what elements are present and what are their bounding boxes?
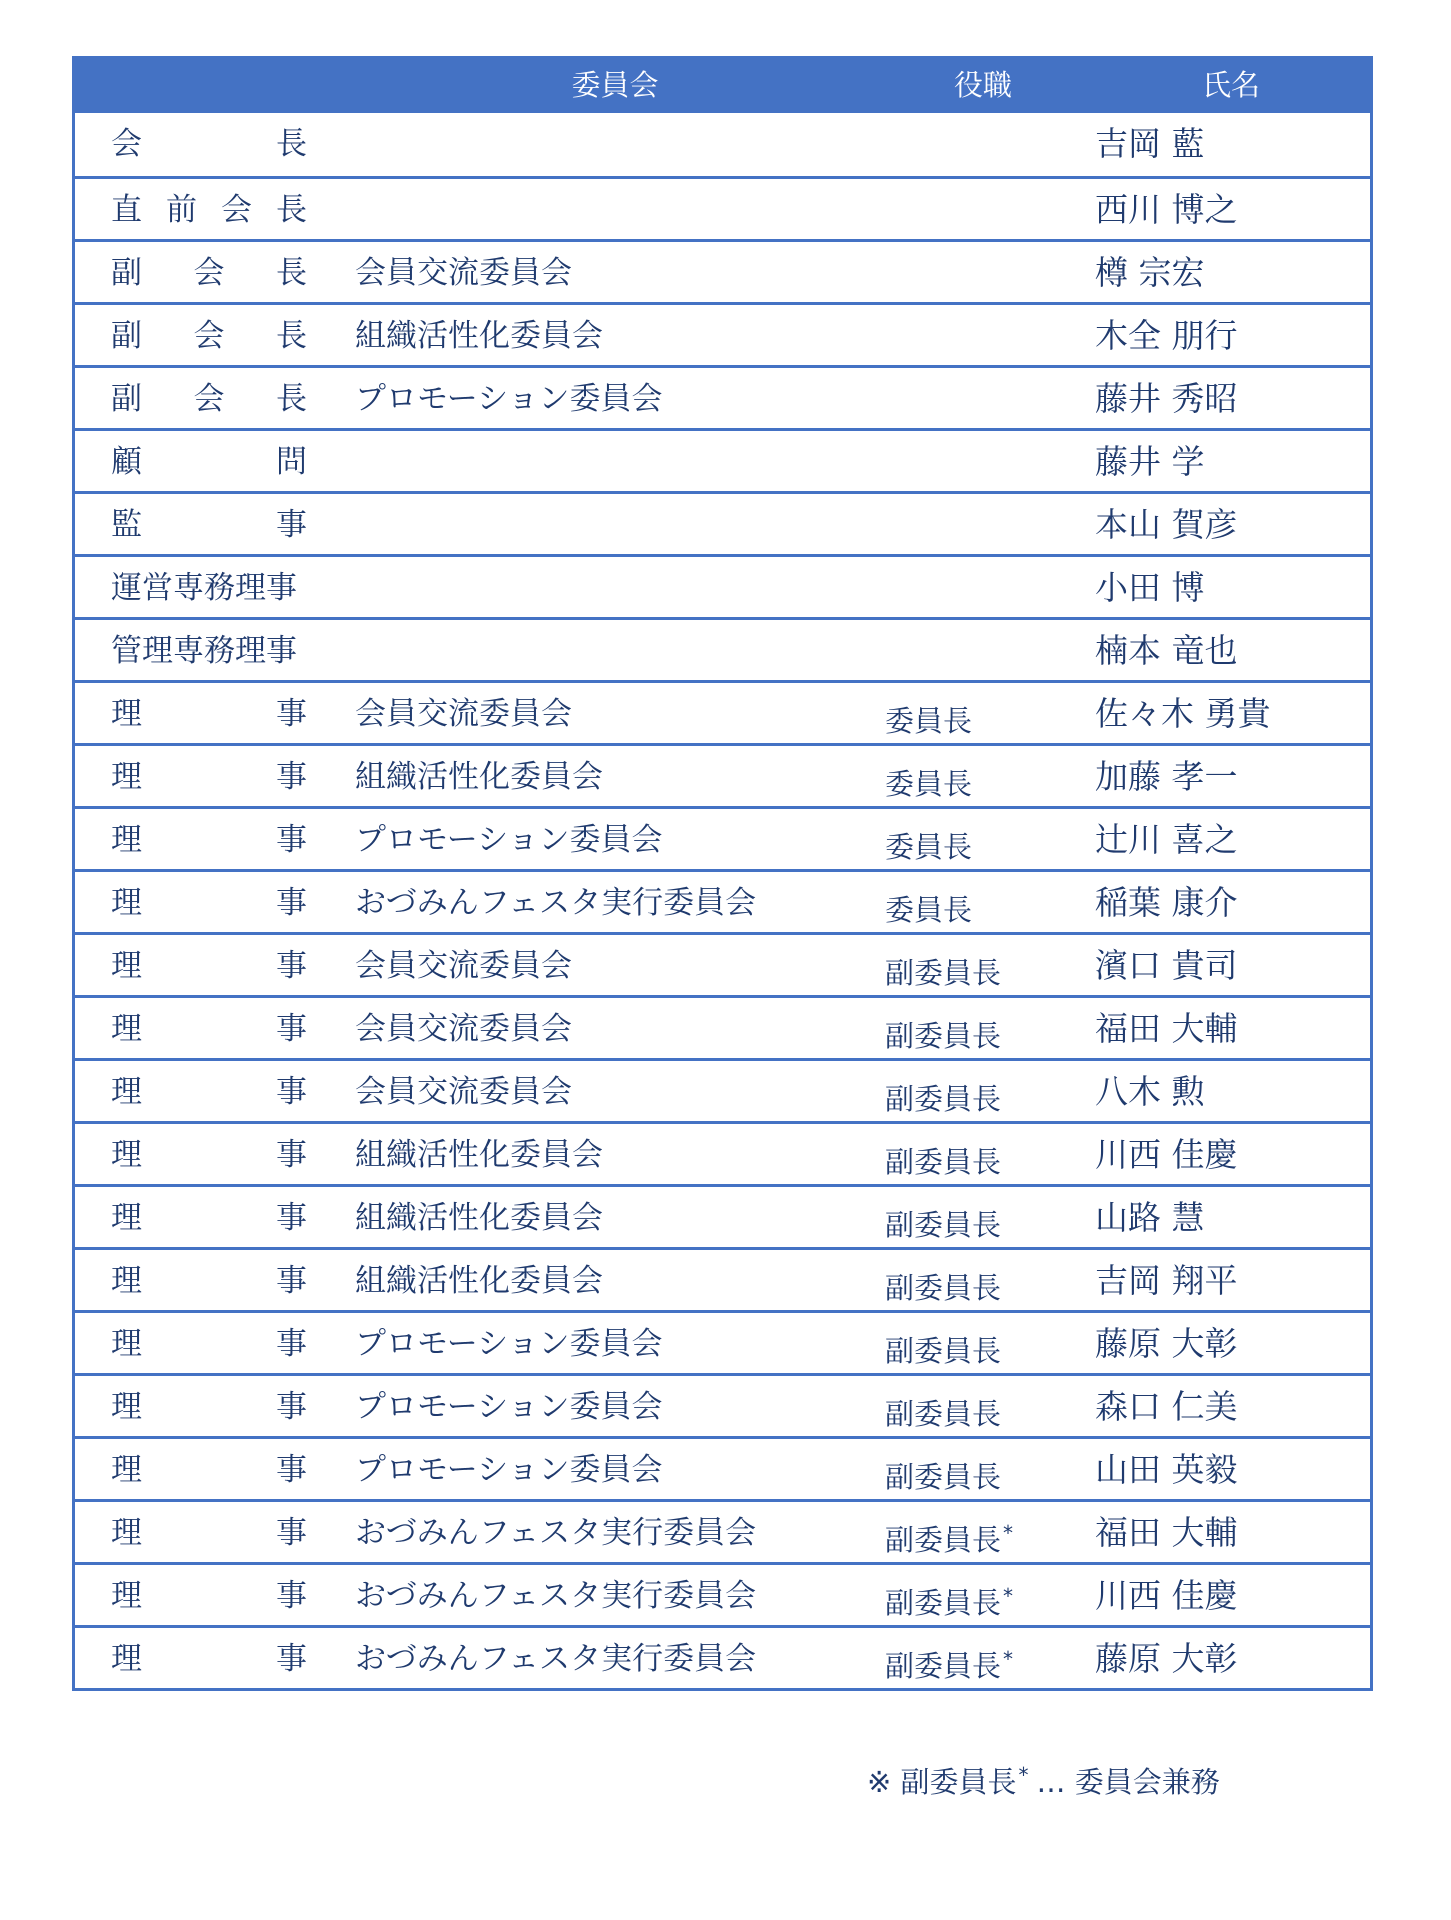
role-cell: 委員長 (885, 885, 974, 928)
table-row: 直前会長西川 博之 (75, 176, 1370, 239)
name-cell: 楠本 竜也 (1095, 633, 1238, 669)
name-cell: 濱口 貴司 (1095, 948, 1238, 984)
role-label: 副委員長 (885, 956, 1001, 990)
officer-title-char: 事 (276, 1515, 307, 1551)
committee-cell: 組織活性化委員会 (355, 1200, 603, 1236)
officer-title-char: 事 (276, 1641, 307, 1677)
officer-title: 理事 (111, 1389, 307, 1425)
name-cell: 加藤 孝一 (1095, 759, 1238, 795)
officer-title-char: 事 (276, 1074, 307, 1110)
officer-title-char: 理 (111, 1641, 142, 1677)
role-label: 副委員長 (885, 1019, 1001, 1053)
committee-cell: プロモーション委員会 (355, 822, 663, 858)
table-row: 理事おづみんフェスタ実行委員会副委員長*福田 大輔 (75, 1499, 1370, 1562)
officer-title-char: 管理専務理事 (111, 633, 297, 669)
officer-title-char: 事 (276, 885, 307, 921)
name-cell: 稲葉 康介 (1095, 885, 1238, 921)
officer-title: 理事 (111, 1074, 307, 1110)
officer-title: 監事 (111, 507, 307, 543)
name-cell: 山路 慧 (1095, 1200, 1205, 1236)
role-label: 委員長 (885, 704, 972, 738)
role-cell: 副委員長 (885, 1011, 1003, 1054)
role-cell: 委員長 (885, 822, 974, 865)
committee-cell: プロモーション委員会 (355, 1389, 663, 1425)
header-name: 氏名 (1202, 68, 1260, 102)
officer-title-char: 前 (166, 192, 197, 228)
officer-title-char: 事 (276, 1011, 307, 1047)
committee-cell: 会員交流委員会 (355, 1074, 572, 1110)
role-label: 副委員長 (885, 1523, 1001, 1557)
table-row: 会長吉岡 藍 (75, 113, 1370, 176)
name-cell: 山田 英毅 (1095, 1452, 1238, 1488)
officer-title: 理事 (111, 1011, 307, 1047)
officer-title-char: 事 (276, 1200, 307, 1236)
officer-title: 理事 (111, 696, 307, 732)
officer-title-char: 事 (276, 1326, 307, 1362)
officer-title: 副会長 (111, 255, 307, 291)
role-cell: 副委員長 (885, 1326, 1003, 1369)
name-cell: 樽 宗宏 (1095, 255, 1205, 291)
committee-cell: 組織活性化委員会 (355, 759, 603, 795)
role-cell (885, 444, 887, 487)
role-label: 副委員長 (885, 1397, 1001, 1431)
officer-title-char: 会 (194, 318, 225, 354)
officer-title-char: 長 (276, 318, 307, 354)
name-cell: 藤原 大彰 (1095, 1641, 1238, 1677)
officer-title-char: 長 (276, 255, 307, 291)
officer-title-char: 会 (194, 381, 225, 417)
role-mark: * (1003, 1584, 1013, 1608)
officer-title-char: 事 (276, 1137, 307, 1173)
officer-title-char: 理 (111, 1011, 142, 1047)
officer-title: 理事 (111, 1263, 307, 1299)
footnote-prefix: ※ 副委員長 (867, 1765, 1017, 1799)
name-cell: 藤井 学 (1095, 444, 1205, 480)
table-row: 理事おづみんフェスタ実行委員会委員長稲葉 康介 (75, 869, 1370, 932)
name-cell: 福田 大輔 (1095, 1011, 1238, 1047)
footnote-suffix: … 委員会兼務 (1037, 1765, 1220, 1799)
officer-title: 理事 (111, 885, 307, 921)
role-label: 委員長 (885, 767, 972, 801)
table-row: 理事会員交流委員会副委員長福田 大輔 (75, 995, 1370, 1058)
name-cell: 小田 博 (1095, 570, 1205, 606)
officer-title-char: 事 (276, 1452, 307, 1488)
officer-title: 副会長 (111, 381, 307, 417)
committee-cell: 会員交流委員会 (355, 255, 572, 291)
table-row: 理事プロモーション委員会委員長辻川 喜之 (75, 806, 1370, 869)
officer-title-char: 理 (111, 822, 142, 858)
committee-cell: 会員交流委員会 (355, 948, 572, 984)
officer-title-char: 会 (194, 255, 225, 291)
officer-title: 理事 (111, 1326, 307, 1362)
table-row: 理事プロモーション委員会副委員長山田 英毅 (75, 1436, 1370, 1499)
role-cell: 副委員長* (885, 1578, 1013, 1621)
name-cell: 辻川 喜之 (1095, 822, 1238, 858)
role-cell: 副委員長 (885, 1137, 1003, 1180)
committee-cell: プロモーション委員会 (355, 381, 663, 417)
role-label: 副委員長 (885, 1145, 1001, 1179)
role-cell (885, 381, 887, 424)
role-cell (885, 255, 887, 298)
table-row: 理事プロモーション委員会副委員長藤原 大彰 (75, 1310, 1370, 1373)
role-cell (885, 126, 887, 169)
table-row: 理事おづみんフェスタ実行委員会副委員長*川西 佳慶 (75, 1562, 1370, 1625)
role-label: 副委員長 (885, 1586, 1001, 1620)
name-cell: 吉岡 藍 (1095, 126, 1205, 162)
table-row: 理事組織活性化委員会委員長加藤 孝一 (75, 743, 1370, 806)
role-cell: 副委員長* (885, 1515, 1013, 1558)
table-row: 理事おづみんフェスタ実行委員会副委員長*藤原 大彰 (75, 1625, 1370, 1688)
table-row: 理事組織活性化委員会副委員長山路 慧 (75, 1184, 1370, 1247)
table-header: 委員会 役職 氏名 (72, 56, 1373, 113)
footnote-mark: * (1019, 1763, 1029, 1787)
table-row: 運営専務理事小田 博 (75, 554, 1370, 617)
officer-title-char: 運営専務理事 (111, 570, 297, 606)
role-cell: 委員長 (885, 759, 974, 802)
officer-title-char: 会 (221, 192, 252, 228)
officer-title-char: 顧 (111, 444, 142, 480)
role-label: 委員長 (885, 830, 972, 864)
role-cell: 副委員長 (885, 1074, 1003, 1117)
officer-title: 理事 (111, 759, 307, 795)
table-row: 理事組織活性化委員会副委員長川西 佳慶 (75, 1121, 1370, 1184)
header-committee: 委員会 (571, 68, 658, 102)
officer-title-char: 事 (276, 759, 307, 795)
role-mark: * (1003, 1521, 1013, 1545)
role-label: 副委員長 (885, 1271, 1001, 1305)
table-row: 理事会員交流委員会副委員長八木 勲 (75, 1058, 1370, 1121)
role-cell (885, 570, 887, 613)
officer-title-char: 事 (276, 822, 307, 858)
role-label: 副委員長 (885, 1649, 1001, 1683)
table-row: 管理専務理事楠本 竜也 (75, 617, 1370, 680)
officer-title: 顧問 (111, 444, 307, 480)
header-role: 役職 (954, 68, 1012, 102)
role-cell: 副委員長 (885, 1452, 1003, 1495)
table-row: 副会長組織活性化委員会木全 朋行 (75, 302, 1370, 365)
officer-title-char: 問 (276, 444, 307, 480)
officer-title-char: 理 (111, 948, 142, 984)
officer-title: 副会長 (111, 318, 307, 354)
table-row: 副会長会員交流委員会樽 宗宏 (75, 239, 1370, 302)
officer-title-char: 理 (111, 1200, 142, 1236)
role-label: 副委員長 (885, 1208, 1001, 1242)
name-cell: 川西 佳慶 (1095, 1578, 1238, 1614)
committee-cell: おづみんフェスタ実行委員会 (355, 885, 756, 921)
table-row: 監事本山 賀彦 (75, 491, 1370, 554)
officer-title-char: 理 (111, 1263, 142, 1299)
officer-title-char: 長 (276, 192, 307, 228)
name-cell: 藤井 秀昭 (1095, 381, 1238, 417)
committee-cell: おづみんフェスタ実行委員会 (355, 1578, 756, 1614)
officer-title: 運営専務理事 (111, 570, 307, 606)
committee-cell: 会員交流委員会 (355, 696, 572, 732)
table-row: 理事組織活性化委員会副委員長吉岡 翔平 (75, 1247, 1370, 1310)
role-label: 委員長 (885, 893, 972, 927)
committee-cell: 組織活性化委員会 (355, 1263, 603, 1299)
table-body: 会長吉岡 藍直前会長西川 博之副会長会員交流委員会樽 宗宏副会長組織活性化委員会… (75, 113, 1370, 1688)
officer-title-char: 副 (111, 318, 142, 354)
officer-title-char: 理 (111, 885, 142, 921)
officer-title: 会長 (111, 126, 307, 162)
officer-title-char: 理 (111, 1074, 142, 1110)
officer-title-char: 事 (276, 1389, 307, 1425)
table-row: 理事会員交流委員会委員長佐々木 勇貴 (75, 680, 1370, 743)
name-cell: 藤原 大彰 (1095, 1326, 1238, 1362)
officer-title: 理事 (111, 1137, 307, 1173)
officer-title-char: 理 (111, 1515, 142, 1551)
officer-title-char: 監 (111, 507, 142, 543)
officer-title: 管理専務理事 (111, 633, 307, 669)
committee-cell: 組織活性化委員会 (355, 1137, 603, 1173)
role-cell: 副委員長* (885, 1641, 1013, 1684)
officer-title: 直前会長 (111, 192, 307, 228)
officer-title: 理事 (111, 948, 307, 984)
committee-cell: 組織活性化委員会 (355, 318, 603, 354)
officer-title-char: 長 (276, 381, 307, 417)
name-cell: 福田 大輔 (1095, 1515, 1238, 1551)
committee-cell: おづみんフェスタ実行委員会 (355, 1515, 756, 1551)
officer-title-char: 直 (111, 192, 142, 228)
role-cell (885, 192, 887, 235)
officer-table: 委員会 役職 氏名 会長吉岡 藍直前会長西川 博之副会長会員交流委員会樽 宗宏副… (72, 56, 1373, 1691)
officer-title-char: 副 (111, 255, 142, 291)
role-label: 副委員長 (885, 1334, 1001, 1368)
footnote: ※ 副委員長*… 委員会兼務 (867, 1758, 1220, 1799)
officer-title-char: 事 (276, 696, 307, 732)
role-cell (885, 318, 887, 361)
role-label: 副委員長 (885, 1082, 1001, 1116)
officer-title-char: 事 (276, 948, 307, 984)
table-row: 理事会員交流委員会副委員長濱口 貴司 (75, 932, 1370, 995)
officer-title-char: 理 (111, 696, 142, 732)
role-cell: 副委員長 (885, 1263, 1003, 1306)
name-cell: 木全 朋行 (1095, 318, 1238, 354)
officer-title-char: 会 (111, 126, 142, 162)
name-cell: 佐々木 勇貴 (1095, 696, 1271, 732)
officer-title: 理事 (111, 1578, 307, 1614)
officer-title-char: 理 (111, 759, 142, 795)
role-label: 副委員長 (885, 1460, 1001, 1494)
name-cell: 西川 博之 (1095, 192, 1238, 228)
table-row: 副会長プロモーション委員会藤井 秀昭 (75, 365, 1370, 428)
committee-cell: 会員交流委員会 (355, 1011, 572, 1047)
role-cell: 副委員長 (885, 1389, 1003, 1432)
officer-title-char: 事 (276, 507, 307, 543)
role-cell (885, 507, 887, 550)
officer-title-char: 事 (276, 1263, 307, 1299)
name-cell: 本山 賀彦 (1095, 507, 1238, 543)
name-cell: 川西 佳慶 (1095, 1137, 1238, 1173)
officer-title: 理事 (111, 822, 307, 858)
officer-title-char: 理 (111, 1389, 142, 1425)
officer-title-char: 理 (111, 1137, 142, 1173)
role-cell: 副委員長 (885, 1200, 1003, 1243)
table-row: 顧問藤井 学 (75, 428, 1370, 491)
role-cell: 副委員長 (885, 948, 1003, 991)
officer-title: 理事 (111, 1200, 307, 1236)
role-mark: * (1003, 1647, 1013, 1671)
committee-cell: おづみんフェスタ実行委員会 (355, 1641, 756, 1677)
officer-title: 理事 (111, 1641, 307, 1677)
officer-title-char: 事 (276, 1578, 307, 1614)
officer-title-char: 理 (111, 1326, 142, 1362)
officer-title-char: 理 (111, 1578, 142, 1614)
role-cell: 委員長 (885, 696, 974, 739)
committee-cell: プロモーション委員会 (355, 1452, 663, 1488)
name-cell: 八木 勲 (1095, 1074, 1205, 1110)
name-cell: 森口 仁美 (1095, 1389, 1238, 1425)
officer-title: 理事 (111, 1515, 307, 1551)
name-cell: 吉岡 翔平 (1095, 1263, 1238, 1299)
table-row: 理事プロモーション委員会副委員長森口 仁美 (75, 1373, 1370, 1436)
role-cell (885, 633, 887, 676)
officer-title-char: 副 (111, 381, 142, 417)
officer-title-char: 長 (276, 126, 307, 162)
committee-cell: プロモーション委員会 (355, 1326, 663, 1362)
officer-title: 理事 (111, 1452, 307, 1488)
officer-title-char: 理 (111, 1452, 142, 1488)
